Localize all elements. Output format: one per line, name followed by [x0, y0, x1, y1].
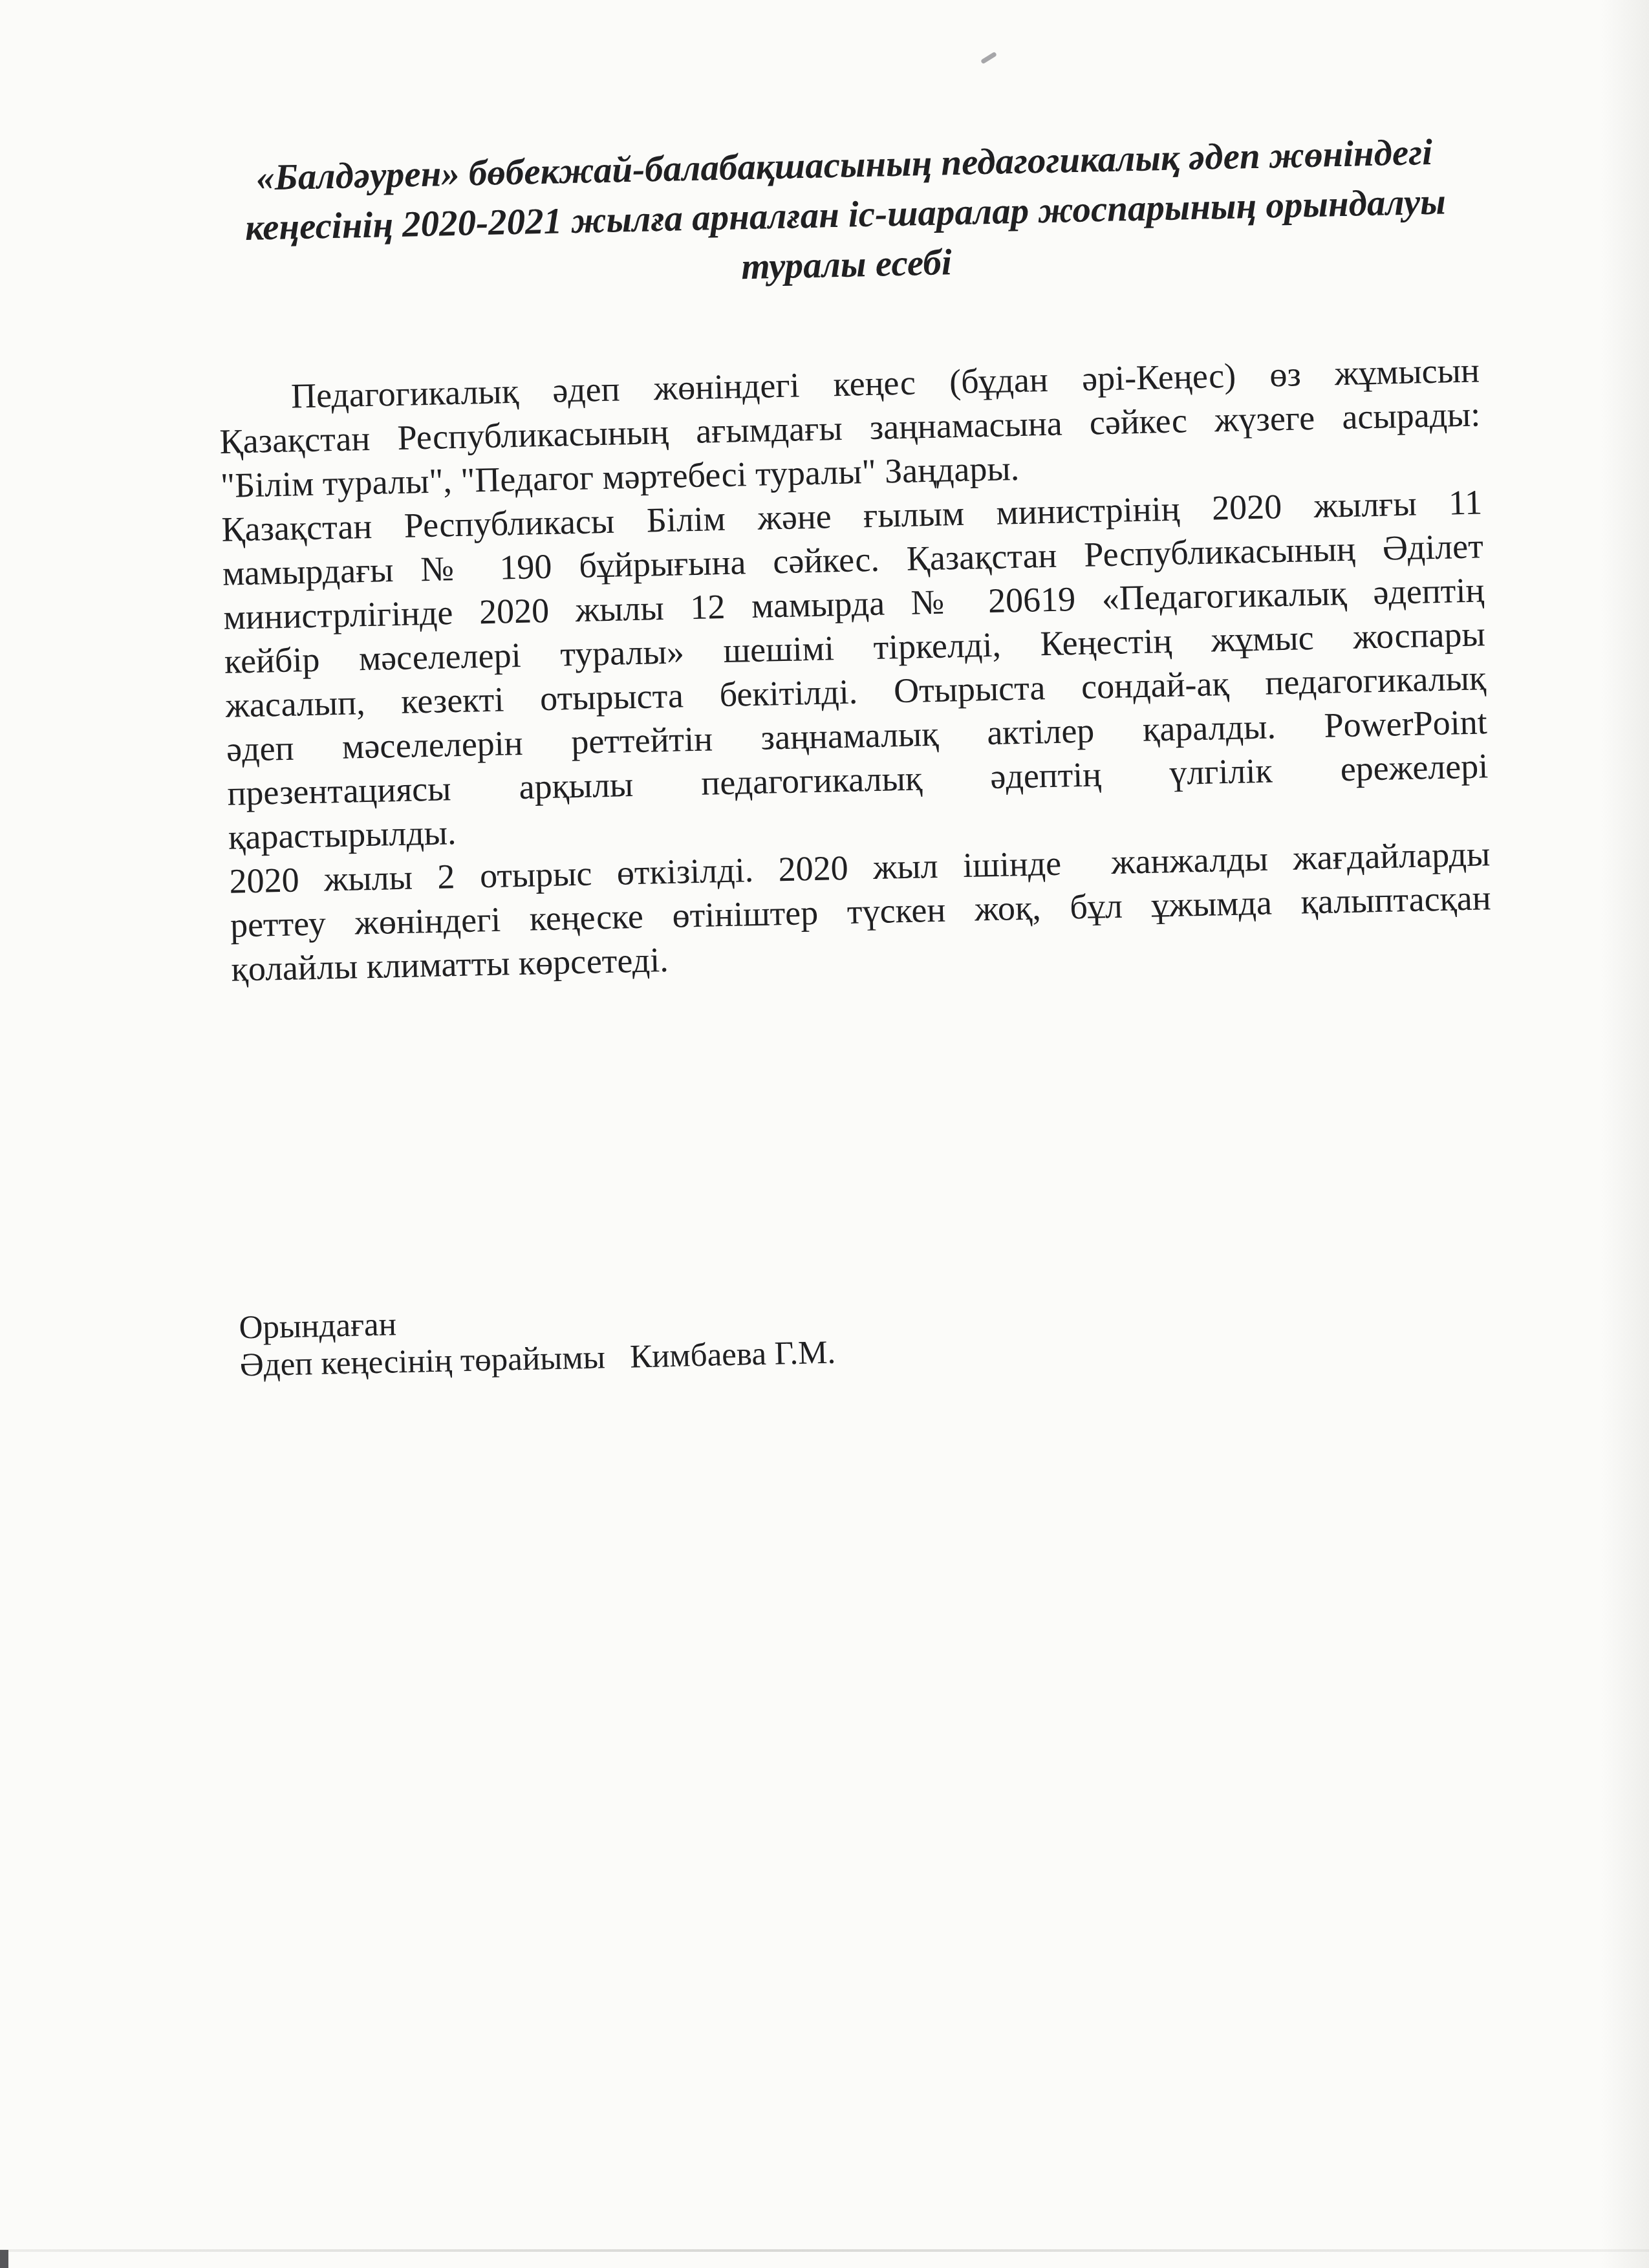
- scan-right-edge-band: [1601, 0, 1649, 2268]
- scan-bottom-line: [0, 2249, 1649, 2252]
- document-body: Педагогикалық әдеп жөніндегі кеңес (бұда…: [218, 348, 1492, 991]
- scan-corner-mark: [0, 2250, 8, 2268]
- signature-block: ОрындағанӘдеп кеңесінің төрайымы Кимбаев…: [239, 1282, 1501, 1385]
- document-content: «Балдәурен» бөбекжай-балабақшасының педа…: [213, 126, 1501, 1384]
- document-title: «Балдәурен» бөбекжай-балабақшасының педа…: [213, 126, 1478, 303]
- scanned-document-page: «Балдәурен» бөбекжай-балабақшасының педа…: [0, 0, 1649, 2268]
- scan-speck: [980, 52, 997, 65]
